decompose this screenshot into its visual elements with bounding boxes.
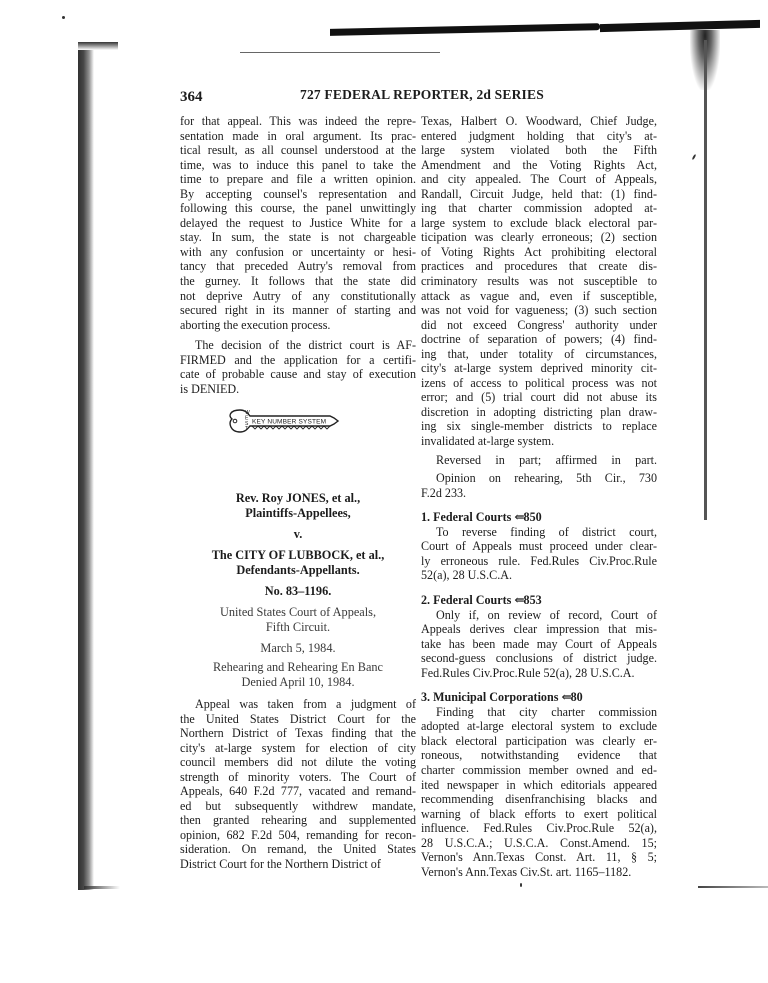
text-line: city's at-large system for election of c… <box>180 741 416 756</box>
text-line: tancy that preceded Autry's removal from <box>180 259 416 274</box>
text-line: discretion in adopting districting plan … <box>421 405 657 420</box>
text-line: tical result, as all counsel understood … <box>180 143 416 158</box>
text-line: ed but subsequently withdrew mandate, <box>180 799 416 814</box>
headnote-topic: Federal Courts <box>433 510 514 524</box>
text-line: opinion, 682 F.2d 504, remanding for rec… <box>180 828 416 843</box>
text-line: not deprive Autry of any constitutionall… <box>180 289 416 304</box>
text-line: sideration. On remand, the United States <box>180 842 416 857</box>
text-line: ing that charter commission adopted at- <box>421 201 657 216</box>
left-column-synopsis: Appeal was taken from a judgment ofthe U… <box>180 697 416 872</box>
opinion-paragraph: The decision of the district court is AF… <box>180 338 416 396</box>
caption-rehearing-line1: Rehearing and Rehearing En Banc <box>180 660 416 675</box>
headnote-number: 2. <box>421 593 433 607</box>
text-line: Vernon's Ann.Texas Const. Art. 11, § 5; <box>421 850 657 865</box>
text-line: city's at-large system deprived minority… <box>421 361 657 376</box>
text-line: error; and (5) trial court did not abuse… <box>421 390 657 405</box>
scan-speck <box>520 883 522 887</box>
text-line: Northern District of Texas finding that … <box>180 726 416 741</box>
caption-rehearing-line2: Denied April 10, 1984. <box>180 675 416 690</box>
text-line: Court of Appeals must proceed under clea… <box>421 539 657 554</box>
text-line: large system to exclude black electoral … <box>421 216 657 231</box>
key-logo-brand: WEST <box>245 410 250 432</box>
text-line: sentation made in oral argument. Its pra… <box>180 129 416 144</box>
text-line: stay. In sum, the state is not chargeabl… <box>180 230 416 245</box>
caption-court-line1: United States Court of Appeals, <box>180 605 416 620</box>
key-number-icon: ⇐ <box>514 510 523 524</box>
headnote-topic: Federal Courts <box>433 593 514 607</box>
caption-plaintiffs-role: Plaintiffs-Appellees, <box>180 506 416 521</box>
left-column-opinion-end: for that appeal. This was indeed the rep… <box>180 114 416 396</box>
page-number: 364 <box>180 89 203 106</box>
headnote-key-number: 853 <box>524 593 542 607</box>
scan-shadow-top <box>330 23 600 36</box>
text-line: 52(a), 28 U.S.C.A. <box>421 568 657 583</box>
text-line: To reverse finding of district court, <box>421 525 657 540</box>
caption-docket-number: No. 83–1196. <box>180 584 416 599</box>
text-line: invalidated at-large system. <box>421 434 657 449</box>
caption-defendants: The CITY OF LUBBOCK, et al., <box>180 548 416 563</box>
synopsis-paragraph: Appeal was taken from a judgment ofthe U… <box>180 697 416 872</box>
text-line: charter commission member owned and ed- <box>421 763 657 778</box>
text-line: influence. Fed.Rules Civ.Proc.Rule 52(a)… <box>421 821 657 836</box>
headnote-heading: 1. Federal Courts ⇐850 <box>421 510 657 525</box>
scan-streak-top <box>240 52 440 53</box>
headnote-topic: Municipal Corporations <box>433 690 561 704</box>
headnote-heading: 2. Federal Courts ⇐853 <box>421 593 657 608</box>
scan-binding-shadow-left-bottom <box>84 886 120 889</box>
text-line: entered judgment holding that city's at- <box>421 129 657 144</box>
text-line: Opinion on rehearing, 5th Cir., 730 <box>421 471 657 486</box>
text-line: Vernon's Ann.Texas Civ.St. art. 1165–118… <box>421 865 657 880</box>
text-line: Appeals, 640 F.2d 777, vacated and reman… <box>180 784 416 799</box>
text-line: delayed the request to Justice White for… <box>180 216 416 231</box>
headnote-key-number: 850 <box>524 510 542 524</box>
text-line: doctrine of separation of powers; (4) fi… <box>421 332 657 347</box>
right-column-synopsis-headnotes: Texas, Halbert O. Woodward, Chief Judge,… <box>421 114 657 879</box>
text-line: for that appeal. This was indeed the rep… <box>180 114 416 129</box>
caption-court-line2: Fifth Circuit. <box>180 620 416 635</box>
text-line: and city appealed. The Court of Appeals, <box>421 172 657 187</box>
text-line: the United States District Court for the <box>180 712 416 727</box>
text-line: warning of black efforts to exert politi… <box>421 807 657 822</box>
headnote-text: To reverse finding of district court,Cou… <box>421 525 657 583</box>
headnote-text: Only if, on review of record, Court ofAp… <box>421 608 657 681</box>
text-line: then granted rehearing and supplemented <box>180 813 416 828</box>
text-line: Reversed in part; affirmed in part. <box>421 453 657 468</box>
scan-edge-right <box>704 40 707 520</box>
text-line: Only if, on review of record, Court of <box>421 608 657 623</box>
caption-defendants-role: Defendants-Appellants. <box>180 563 416 578</box>
subsequent-history: Opinion on rehearing, 5th Cir., 730F.2d … <box>421 471 657 500</box>
text-line: District Court for the Northern District… <box>180 857 416 872</box>
text-line: large system violated both the Fifth <box>421 143 657 158</box>
text-line: did not exceed Congress' authority under <box>421 318 657 333</box>
text-line: Appeals derives clear impression that mi… <box>421 622 657 637</box>
text-line: roneous, notwithstanding evidence that <box>421 748 657 763</box>
key-logo-label: KEY NUMBER SYSTEM <box>252 419 326 426</box>
text-line: secured right in its manner of starting … <box>180 303 416 318</box>
text-line: time to prepare and file a written opini… <box>180 172 416 187</box>
scan-binding-shadow-left-top <box>78 42 118 50</box>
text-line: Finding that city charter commission <box>421 705 657 720</box>
text-line: ing that, under totality of circumstance… <box>421 347 657 362</box>
headnote-number: 1. <box>421 510 433 524</box>
text-line: By accepting counsel's representation an… <box>180 187 416 202</box>
west-key-number-logo: WEST KEY NUMBER SYSTEM <box>226 406 344 436</box>
headnote-number: 3. <box>421 690 433 704</box>
caption-plaintiffs: Rev. Roy JONES, et al., <box>180 491 416 506</box>
text-line: with any confusion or uncertainty or hes… <box>180 245 416 260</box>
text-line: FIRMED and the application for a certifi… <box>180 353 416 368</box>
text-line: criminatory results was not susceptible … <box>421 274 657 289</box>
text-line: izens of access to political process was… <box>421 376 657 391</box>
text-line: strength of minority voters. The Court o… <box>180 770 416 785</box>
scan-shadow-top-right <box>600 20 760 32</box>
text-line: ited newspaper in which editorials appea… <box>421 778 657 793</box>
scan-binding-shadow-left <box>78 42 94 890</box>
caption-decision-date: March 5, 1984. <box>180 641 416 656</box>
text-line: ing six single-member districts to repla… <box>421 419 657 434</box>
scan-speck <box>62 16 65 19</box>
text-line: attack as vague and, even if susceptible… <box>421 289 657 304</box>
headnote-key-number: 80 <box>571 690 583 704</box>
opinion-paragraph: for that appeal. This was indeed the rep… <box>180 114 416 332</box>
text-line: F.2d 233. <box>421 486 657 501</box>
text-line: practices and procedures that create dis… <box>421 259 657 274</box>
text-line: cate of probable cause and stay of execu… <box>180 367 416 382</box>
synopsis-continued: Texas, Halbert O. Woodward, Chief Judge,… <box>421 114 657 449</box>
scan-speck <box>692 154 697 160</box>
text-line: take has been made may Court of Appeals <box>421 637 657 652</box>
text-line: is DENIED. <box>180 382 416 397</box>
text-line: following this course, the panel unwitti… <box>180 201 416 216</box>
scan-smudge-bottom-right <box>698 886 768 888</box>
text-line: Texas, Halbert O. Woodward, Chief Judge, <box>421 114 657 129</box>
key-number-icon: ⇐ <box>514 593 523 607</box>
headnote-heading: 3. Municipal Corporations ⇐80 <box>421 690 657 705</box>
text-line: ly erroneous rule. Fed.Rules Civ.Proc.Ru… <box>421 554 657 569</box>
text-line: Appeal was taken from a judgment of <box>180 697 416 712</box>
case-caption: Rev. Roy JONES, et al., Plaintiffs-Appel… <box>180 491 416 690</box>
text-line: Randall, Circuit Judge, held that: (1) f… <box>421 187 657 202</box>
text-line: black electoral participation was clearl… <box>421 734 657 749</box>
text-line: Amendment and the Voting Rights Act, <box>421 158 657 173</box>
text-line: 28 U.S.C.A.; U.S.C.A. Const.Amend. 15; <box>421 836 657 851</box>
caption-versus: v. <box>180 527 416 542</box>
text-line: aborting the execution process. <box>180 318 416 333</box>
text-line: ticipation was clearly erroneous; (2) se… <box>421 230 657 245</box>
text-line: Fed.Rules Civ.Proc.Rule 52(a), 28 U.S.C.… <box>421 666 657 681</box>
text-line: of Voting Rights Act prohibiting elector… <box>421 245 657 260</box>
headnote-text: Finding that city charter commissionadop… <box>421 705 657 880</box>
text-line: recommending disenfranchising blacks and <box>421 792 657 807</box>
text-line: second-guess conclusions of district jud… <box>421 651 657 666</box>
text-line: the gurney. It follows that the state di… <box>180 274 416 289</box>
text-line: adopted at-large electoral system to exc… <box>421 719 657 734</box>
disposition: Reversed in part; affirmed in part. <box>421 453 657 468</box>
text-line: The decision of the district court is AF… <box>180 338 416 353</box>
running-head: 727 FEDERAL REPORTER, 2d SERIES <box>300 87 544 103</box>
key-number-icon: ⇐ <box>561 690 570 704</box>
text-line: time, was to induce this panel to take t… <box>180 158 416 173</box>
text-line: was not void for vagueness; (3) such sec… <box>421 303 657 318</box>
text-line: council members did not dilute the votin… <box>180 755 416 770</box>
